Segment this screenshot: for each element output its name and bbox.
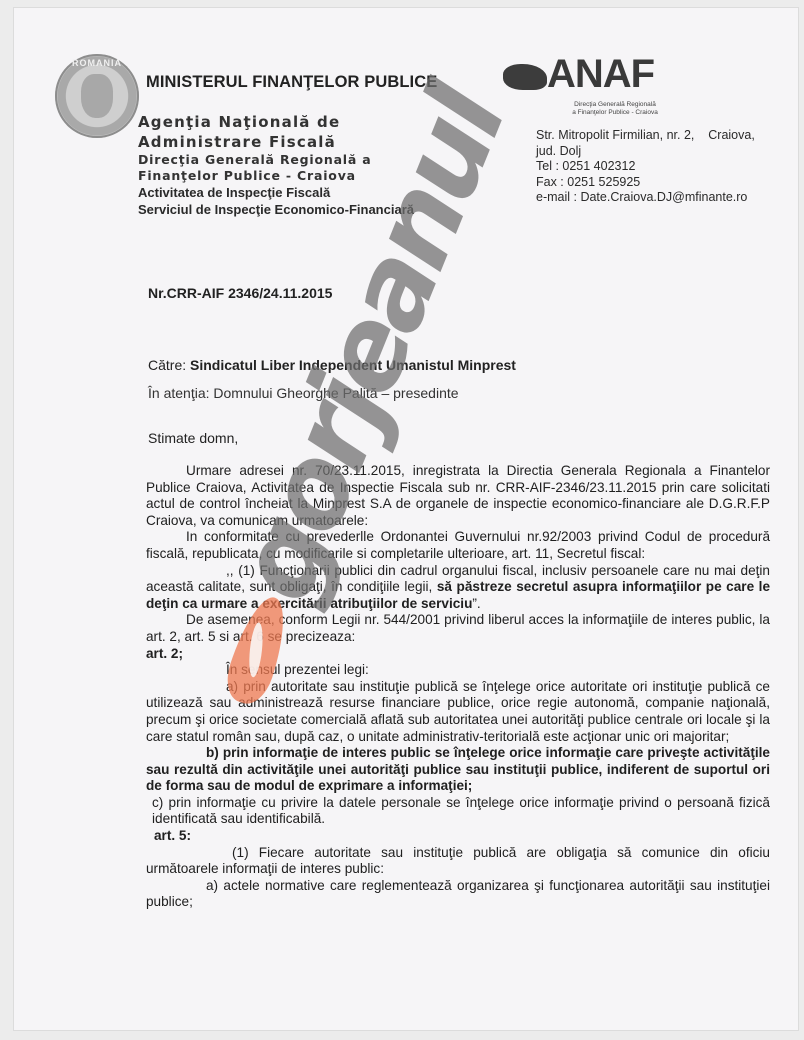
art-2-intro: În sensul prezentei legi: [146,662,770,679]
address-email: e-mail : Date.Craiova.DJ@mfinante.ro [536,190,755,206]
anaf-logo-subtitle: Direcţia Generală Regională a Finanţelor… [560,101,670,117]
art-2-b: b) prin informaţie de interes public se … [146,745,770,795]
anaf-logo-text: ANAF [547,52,654,97]
address-street: Str. Mitropolit Firmilian, nr. 2, Craiov… [536,128,755,144]
romania-seal-icon: ROMANIA [55,54,139,138]
recipient-label: Către: [148,357,190,373]
fiscal-secret-end: ”. [472,596,480,611]
attention-line: În atenţia: Domnului Gheorghe Palită – p… [148,385,459,401]
art-5-a: a) actele normative care reglementează o… [146,878,770,911]
agency-line-2: Administrare Fiscală [138,132,340,152]
activity-line: Activitatea de Inspecţie Fiscală [138,184,414,201]
department-name: Activitatea de Inspecţie Fiscală Servici… [138,184,414,218]
seal-top-text: ROMANIA [55,58,139,68]
romania-map-icon [503,64,547,90]
art-2-c: c) prin informaţie cu privire la datele … [146,795,770,828]
address-fax: Fax : 0251 525925 [536,175,755,191]
recipient-name: Sindicatul Liber Independent Umanistul M… [190,357,516,373]
agency-line-1: Agenţia Naţională de [138,112,340,132]
paragraph-fiscal-code: In conformitate cu prevederlle Ordonante… [146,529,770,562]
recipient: Către: Sindicatul Liber Independent Uman… [148,357,516,373]
address-tel: Tel : 0251 402312 [536,159,755,175]
agency-name: Agenţia Naţională de Administrare Fiscal… [138,112,340,152]
art-2-a: a) prin autoritate sau instituţie public… [146,679,770,745]
logo-subtitle-line-1: Direcţia Generală Regională [560,101,670,109]
eagle-icon [81,74,113,118]
art-5-1: (1) Fiecare autoritate sau instituţie pu… [146,845,770,878]
art-5-heading: art. 5: [146,828,770,845]
directorate-line-1: Direcţia Generală Regională a [138,152,372,168]
anaf-logo: ANAF [503,58,693,96]
contact-address: Str. Mitropolit Firmilian, nr. 2, Craiov… [536,128,755,206]
letter-body: Urmare adresei nr. 70/23.11.2015, inregi… [146,463,770,911]
greeting: Stimate domn, [148,430,238,446]
reference-number: Nr.CRR-AIF 2346/24.11.2015 [148,285,332,301]
directorate-line-2: Finanţelor Publice - Craiova [138,168,372,184]
paragraph-law-544: De asemenea, conform Legii nr. 544/2001 … [146,612,770,645]
paragraph-fiscal-secret: ,, (1) Funcţionarii publici din cadrul o… [146,563,770,613]
paragraph-intro: Urmare adresei nr. 70/23.11.2015, inregi… [146,463,770,529]
directorate-name: Direcţia Generală Regională a Finanţelor… [138,152,372,184]
ministry-name: MINISTERUL FINANŢELOR PUBLICE [146,73,437,92]
address-county: jud. Dolj [536,144,755,160]
logo-subtitle-line-2: a Finanţelor Publice - Craiova [560,109,670,117]
service-line: Serviciul de Inspecţie Economico-Financi… [138,201,414,218]
art-2-heading: art. 2; [146,646,770,663]
